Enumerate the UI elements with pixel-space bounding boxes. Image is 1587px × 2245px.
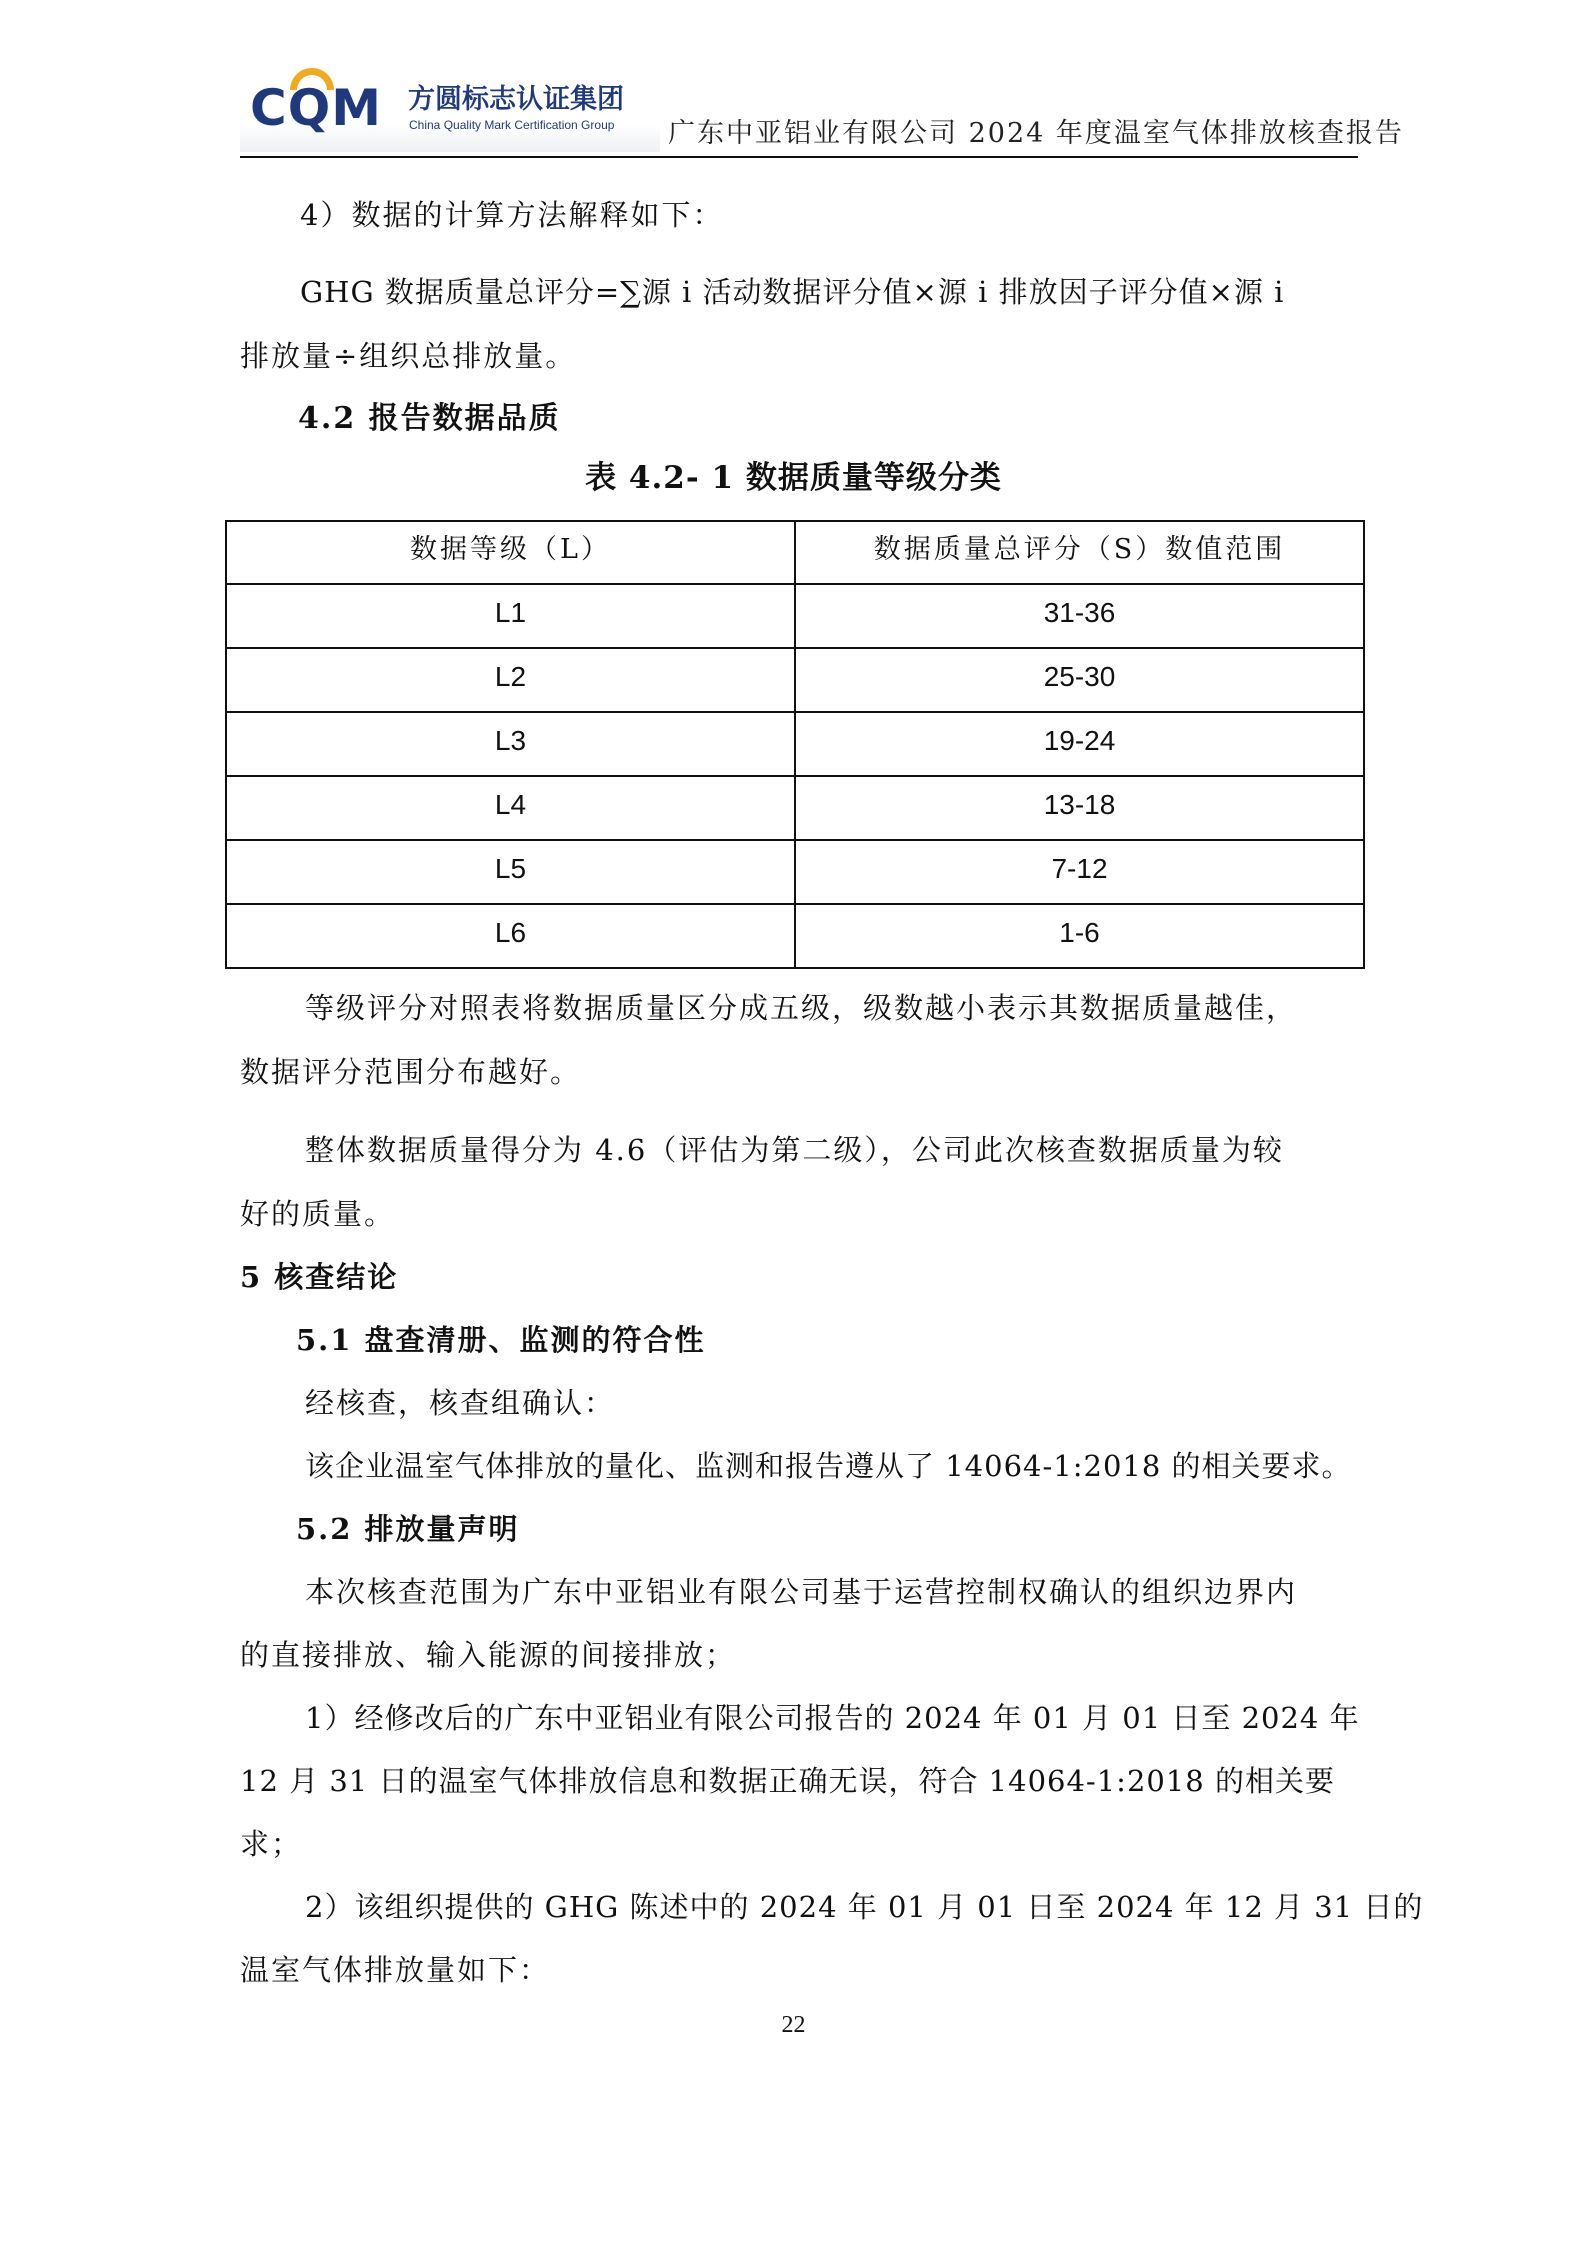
table-cell-level: L2 — [226, 648, 795, 712]
paragraph-score-line-1: 整体数据质量得分为 4.6（评估为第二级），公司此次核查数据质量为较 — [305, 1130, 1284, 1170]
paragraph-grading-line-2: 数据评分范围分布越好。 — [240, 1052, 581, 1092]
table-cell-level: L5 — [226, 840, 795, 904]
section-heading-5-2: 5.2 排放量声明 — [296, 1509, 520, 1549]
section-heading-5-1: 5.1 盘查清册、监测的符合性 — [296, 1320, 706, 1360]
logo-name-en: China Quality Mark Certification Group — [409, 118, 614, 132]
table-caption: 表 4.2- 1 数据质量等级分类 — [0, 458, 1587, 498]
table-row: L5 7-12 — [226, 840, 1364, 904]
table-cell-range: 19-24 — [795, 712, 1364, 776]
paragraph-item1-line-2: 12 月 31 日的温室气体排放信息和数据正确无误，符合 14064-1:201… — [240, 1761, 1335, 1801]
report-title: 广东中亚铝业有限公司 2024 年度温室气体排放核查报告 — [668, 116, 1404, 152]
table-header-cell: 数据等级（L） — [226, 521, 795, 584]
table-header-row: 数据等级（L） 数据质量总评分（S）数值范围 — [226, 521, 1364, 584]
table-header-cell: 数据质量总评分（S）数值范围 — [795, 521, 1364, 584]
paragraph-grading-line-1: 等级评分对照表将数据质量区分成五级，级数越小表示其数据质量越佳， — [305, 988, 1297, 1028]
section-heading-5: 5 核查结论 — [240, 1257, 398, 1297]
table-row: L3 19-24 — [226, 712, 1364, 776]
section-heading-4-2: 4.2 报告数据品质 — [298, 399, 561, 439]
table-row: L4 13-18 — [226, 776, 1364, 840]
paragraph-item2-line-1: 2）该组织提供的 GHG 陈述中的 2024 年 01 月 01 日至 2024… — [305, 1887, 1423, 1927]
table-cell-range: 13-18 — [795, 776, 1364, 840]
table-cell-level: L6 — [226, 904, 795, 968]
paragraph-scope-line-2: 的直接排放、输入能源的间接排放； — [240, 1635, 736, 1675]
logo-mark: CQM — [250, 78, 382, 138]
paragraph-score-line-2: 好的质量。 — [240, 1194, 395, 1234]
table-cell-range: 31-36 — [795, 584, 1364, 648]
table-cell-range: 25-30 — [795, 648, 1364, 712]
data-quality-table: 数据等级（L） 数据质量总评分（S）数值范围 L1 31-36 L2 25-30… — [225, 520, 1365, 969]
table-cell-range: 1-6 — [795, 904, 1364, 968]
formula-line-1: GHG 数据质量总评分=∑源 i 活动数据评分值×源 i 排放因子评分值×源 i — [300, 272, 1284, 312]
header-divider — [240, 156, 1358, 158]
table-row: L1 31-36 — [226, 584, 1364, 648]
paragraph-compliance: 该企业温室气体排放的量化、监测和报告遵从了 14064-1:2018 的相关要求… — [305, 1446, 1352, 1486]
paragraph-item2-line-2: 温室气体排放量如下： — [240, 1950, 550, 1990]
paragraph-item1-line-3: 求； — [240, 1824, 302, 1864]
paragraph-item1-line-1: 1）经修改后的广东中亚铝业有限公司报告的 2024 年 01 月 01 日至 2… — [305, 1698, 1360, 1738]
table-cell-level: L1 — [226, 584, 795, 648]
table-row: L6 1-6 — [226, 904, 1364, 968]
table-cell-range: 7-12 — [795, 840, 1364, 904]
table-cell-level: L4 — [226, 776, 795, 840]
page-number: 22 — [0, 2012, 1587, 2039]
paragraph-calc-method: 4）数据的计算方法解释如下： — [300, 195, 723, 235]
formula-line-2: 排放量÷组织总排放量。 — [240, 336, 576, 376]
paragraph-scope-line-1: 本次核查范围为广东中亚铝业有限公司基于运营控制权确认的组织边界内 — [305, 1572, 1297, 1612]
paragraph-verified: 经核查，核查组确认： — [305, 1383, 615, 1423]
table-row: L2 25-30 — [226, 648, 1364, 712]
logo-name-cn: 方圆标志认证集团 — [408, 84, 624, 116]
table-cell-level: L3 — [226, 712, 795, 776]
